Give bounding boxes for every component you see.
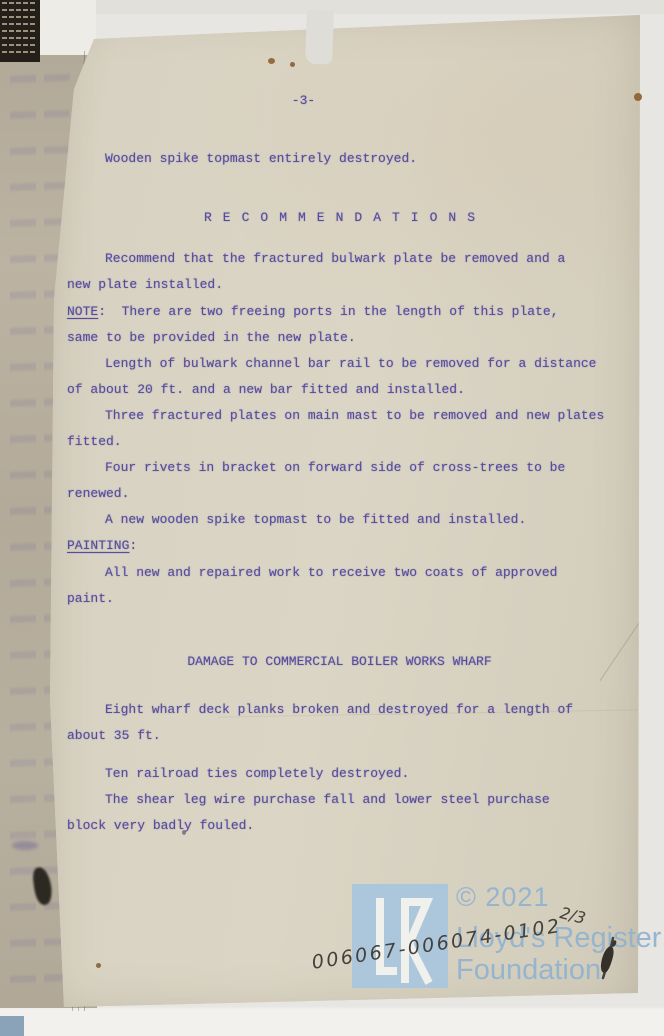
doc-paragraph: The shear leg wire purchase fall and low… bbox=[67, 787, 612, 839]
doc-paragraph: PAINTING: bbox=[67, 533, 612, 559]
underlined-lead: NOTE bbox=[67, 304, 98, 319]
doc-paragraph: Eight wharf deck planks broken and destr… bbox=[67, 697, 612, 749]
document-body: -3- Wooden spike topmast entirely destro… bbox=[67, 88, 612, 839]
doc-paragraph: A new wooden spike topmast to be fitted … bbox=[67, 507, 612, 533]
paragraph-text: : There are two freeing ports in the len… bbox=[67, 304, 559, 345]
printed-paper-fragment bbox=[0, 0, 40, 62]
watermark-line2: Foundation bbox=[456, 954, 661, 986]
doc-paragraph: NOTE: There are two freeing ports in the… bbox=[67, 299, 612, 351]
stain-speck bbox=[182, 830, 186, 835]
stain-speck bbox=[268, 58, 275, 64]
stain-speck bbox=[290, 62, 295, 67]
doc-paragraph: RECOMMENDATIONS bbox=[67, 205, 612, 231]
paragraph-text: : bbox=[129, 538, 137, 553]
stain-speck bbox=[96, 963, 101, 968]
doc-paragraph: Wooden spike topmast entirely destroyed. bbox=[67, 146, 612, 172]
paper-cut-notch bbox=[305, 10, 334, 65]
doc-paragraph: Length of bulwark channel bar rail to be… bbox=[67, 351, 612, 403]
watermark-copyright: © 2021 bbox=[456, 882, 549, 913]
blue-item-corner bbox=[0, 1016, 24, 1036]
underlined-lead: PAINTING bbox=[67, 538, 129, 553]
doc-paragraph: Ten railroad ties completely destroyed. bbox=[67, 761, 612, 787]
doc-paragraph: Three fractured plates on main mast to b… bbox=[67, 403, 612, 455]
doc-paragraph: Four rivets in bracket on forward side o… bbox=[67, 455, 612, 507]
fragment-print-texture bbox=[2, 2, 36, 58]
doc-paragraph: Recommend that the fractured bulwark pla… bbox=[67, 246, 612, 298]
ink-smudge-on-stack bbox=[12, 841, 38, 850]
page-number: -3- bbox=[31, 88, 576, 114]
doc-paragraph: All new and repaired work to receive two… bbox=[67, 560, 612, 612]
stain-speck bbox=[634, 93, 642, 101]
doc-paragraph: DAMAGE TO COMMERCIAL BOILER WORKS WHARF bbox=[67, 649, 612, 675]
